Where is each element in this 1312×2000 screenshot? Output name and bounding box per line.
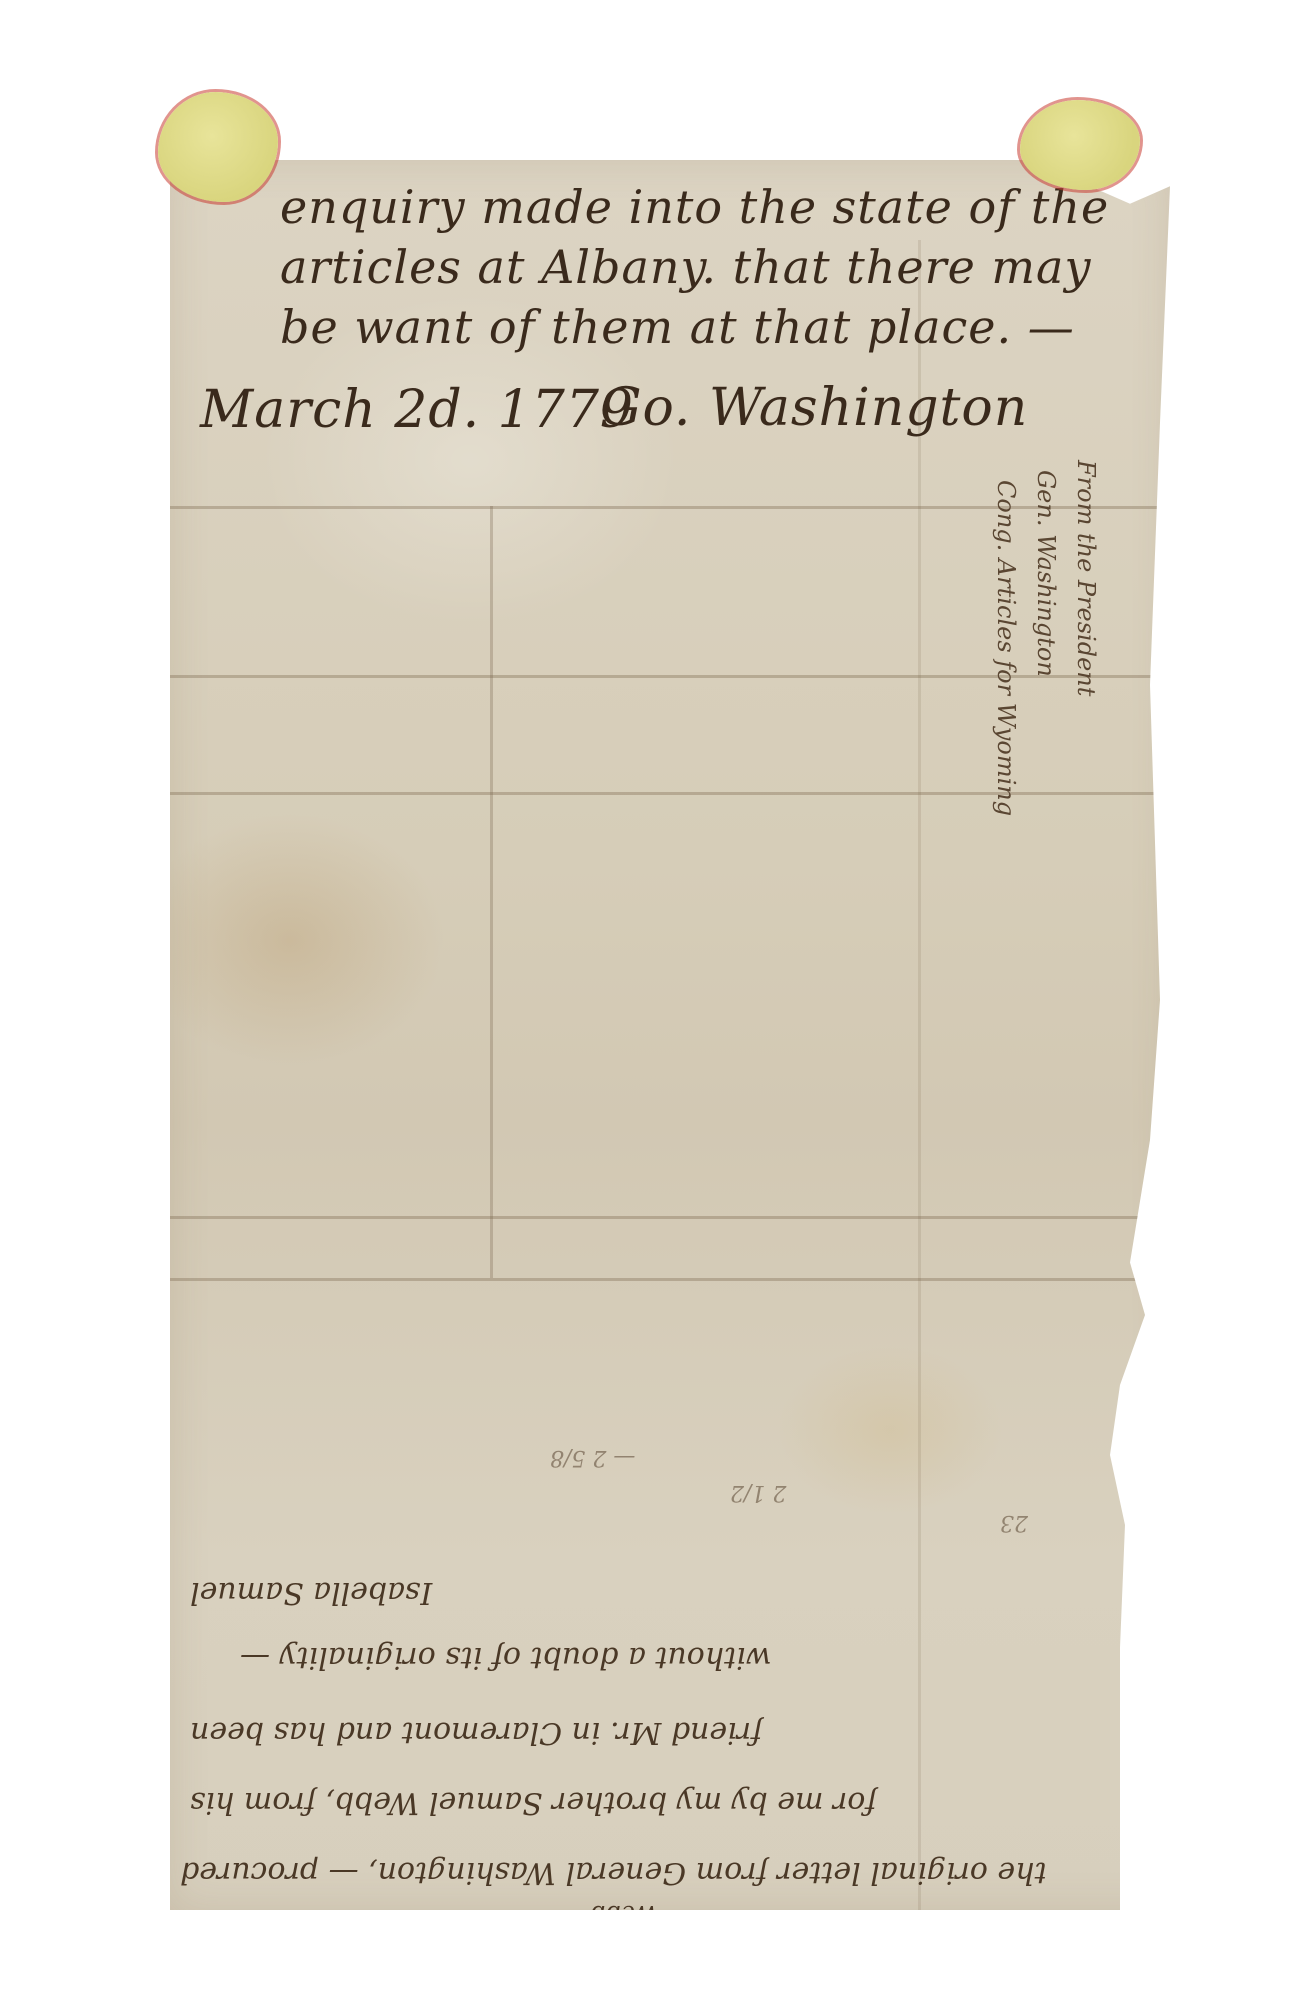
fold-line-vertical bbox=[918, 240, 921, 1940]
letter-date: March 2d. 1779 bbox=[200, 380, 634, 440]
docket-line-1: From the President bbox=[1072, 460, 1100, 696]
fold-line bbox=[170, 792, 1170, 795]
faint-note: — 2 5/8 bbox=[550, 1445, 635, 1470]
wax-seal-top-left bbox=[158, 92, 278, 202]
letter-line-2: articles at Albany. that there may bbox=[280, 240, 1091, 294]
fold-line bbox=[170, 1216, 1170, 1219]
annotation-line-2: for me by my brother Samuel Webb, from h… bbox=[190, 1785, 877, 1820]
fold-line bbox=[170, 1278, 1170, 1281]
paper-sheet: enquiry made into the state of the artic… bbox=[170, 160, 1170, 1910]
annotation-line-6: Webb bbox=[590, 1900, 658, 1928]
signature: Go. Washington bbox=[600, 378, 1028, 438]
faint-note: 2 1/2 bbox=[730, 1480, 786, 1505]
letter-line-3: be want of them at that place. — bbox=[280, 300, 1075, 354]
annotation-line-1: the original letter from General Washing… bbox=[180, 1855, 1047, 1890]
fold-line bbox=[170, 675, 1170, 678]
wax-seal-top-right bbox=[1020, 100, 1140, 190]
annotation-line-3: friend Mr. in Claremont and has been bbox=[190, 1715, 762, 1750]
annotation-line-4: without a doubt of its originality — bbox=[240, 1640, 771, 1675]
annotation-line-5: Isabella Samuel bbox=[190, 1575, 432, 1610]
fold-line bbox=[170, 506, 1170, 509]
docket-line-3: Cong. Articles for Wyoming bbox=[992, 480, 1020, 816]
docket-line-2: Gen. Washington bbox=[1032, 470, 1060, 677]
faint-note: 23 bbox=[1000, 1510, 1028, 1535]
fold-line-vertical bbox=[490, 506, 493, 1278]
letter-line-1: enquiry made into the state of the bbox=[280, 180, 1109, 234]
